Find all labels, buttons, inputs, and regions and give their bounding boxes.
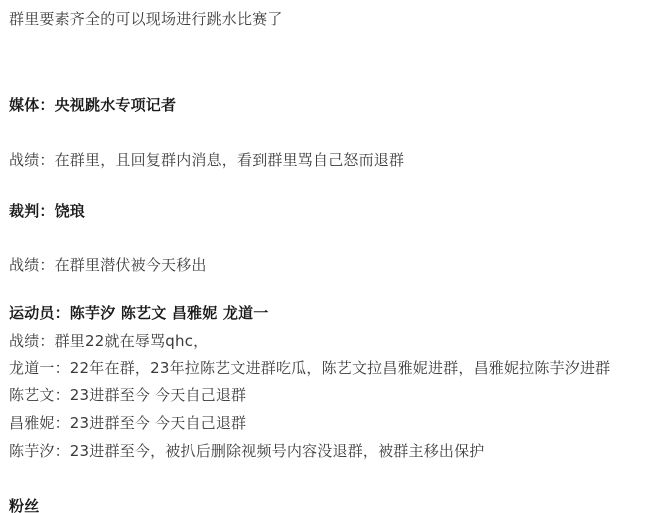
athletes-heading: 运动员：陈芋汐 陈艺文 昌雅妮 龙道一 xyxy=(9,303,268,323)
media-record: 战绩：在群里，且回复群内消息，看到群里骂自己怒而退群 xyxy=(9,150,404,170)
athlete-detail-chang-yani: 昌雅妮：23进群至今 今天自己退群 xyxy=(9,413,246,433)
athlete-detail-long-daoyi: 龙道一：22年在群，23年拉陈艺文进群吃瓜，陈艺文拉昌雅妮进群，昌雅妮拉陈芋汐进… xyxy=(9,358,610,378)
fans-heading: 粉丝 xyxy=(9,496,39,513)
intro-text: 群里要素齐全的可以现场进行跳水比赛了 xyxy=(9,9,283,29)
referee-heading: 裁判：饶琅 xyxy=(9,201,85,221)
athlete-detail-chen-yiwen: 陈艺文：23进群至今 今天自己退群 xyxy=(9,385,246,405)
media-heading: 媒体：央视跳水专项记者 xyxy=(9,95,176,115)
referee-record: 战绩：在群里潜伏被今天移出 xyxy=(9,255,207,275)
athlete-detail-chen-yuxi: 陈芋汐：23进群至今，被扒后删除视频号内容没退群，被群主移出保护 xyxy=(9,441,485,461)
athletes-record: 战绩：群里22就在辱骂qhc， xyxy=(9,331,208,351)
